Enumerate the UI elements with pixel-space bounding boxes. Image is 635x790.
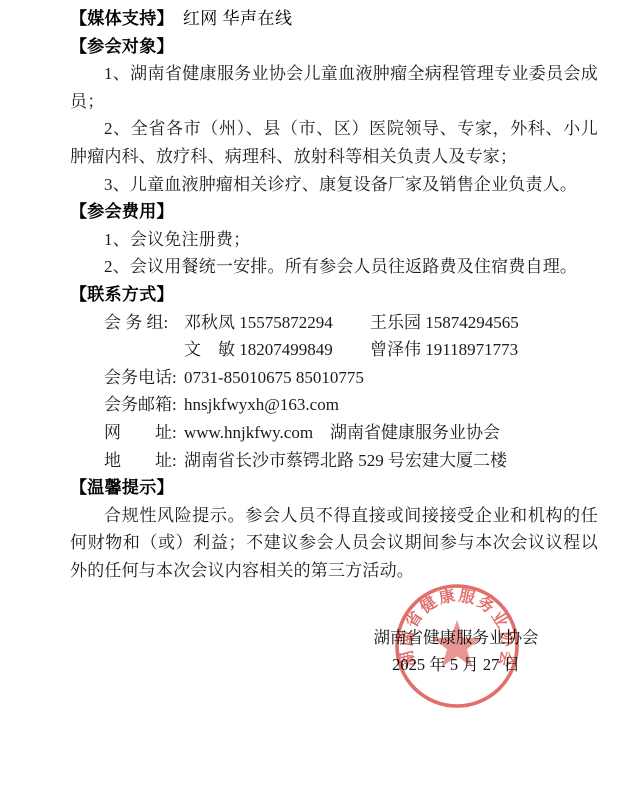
attendees-item-1: 1、湖南省健康服务业协会儿童血液肿瘤全病程管理专业委员会成员；	[70, 60, 598, 115]
contact-address: 湖南省长沙市蔡锷北路 529 号宏建大厦二楼	[184, 447, 370, 475]
contact-person-phone: 邓秋凤 15575872294	[184, 309, 370, 337]
attendees-heading: 【参会对象】	[70, 33, 598, 61]
contact-label: 地 址:	[104, 447, 184, 475]
contact-person-phone: 文 敏 18207499849	[184, 336, 370, 364]
attendees-item-2: 2、全省各市（州）、县（市、区）医院领导、专家，外科、小儿肿瘤内科、放疗科、病理…	[70, 115, 598, 170]
contact-website: www.hnjkfwy.com 湖南省健康服务业协会	[184, 419, 370, 447]
contact-label: 会务电话:	[104, 364, 184, 392]
media-support-names: 红网 华声在线	[183, 9, 293, 28]
contact-person-phone: 王乐园 15874294565	[370, 309, 519, 337]
notice-heading: 【温馨提示】	[70, 474, 598, 502]
fees-heading: 【参会费用】	[70, 198, 598, 226]
fees-item-2: 2、会议用餐统一安排。所有参会人员往返路费及住宿费自理。	[70, 253, 598, 281]
document-page: 【媒体支持】红网 华声在线 【参会对象】 1、湖南省健康服务业协会儿童血液肿瘤全…	[0, 0, 635, 790]
contact-row-phone: 会务电话: 0731-85010675 85010775	[104, 364, 598, 392]
official-seal-stamp-icon: 湖南省健康服务业协会	[389, 578, 527, 716]
contact-label	[104, 336, 184, 364]
contact-label: 网 址:	[104, 419, 184, 447]
contact-person-phone: 曾泽伟 19118971773	[370, 336, 518, 364]
section-media-support: 【媒体支持】红网 华声在线	[70, 5, 598, 33]
contact-phone-numbers: 0731-85010675 85010775	[184, 364, 370, 392]
notice-body: 合规性风险提示。参会人员不得直接或间接接受企业和机构的任何财物和（或）利益；不建…	[70, 502, 598, 585]
contact-label: 会 务 组:	[104, 309, 184, 337]
contact-row-email: 会务邮箱: hnsjkfwyxh@163.com	[104, 391, 598, 419]
contact-label: 会务邮箱:	[104, 391, 184, 419]
contact-row-team: 会 务 组: 邓秋凤 15575872294 王乐园 15874294565	[104, 309, 598, 337]
attendees-item-3: 3、儿童血液肿瘤相关诊疗、康复设备厂家及销售企业负责人。	[70, 171, 598, 199]
contact-row-team-2: 文 敏 18207499849 曾泽伟 19118971773	[104, 336, 598, 364]
contact-row-website: 网 址: www.hnjkfwy.com 湖南省健康服务业协会	[104, 419, 598, 447]
contact-heading: 【联系方式】	[70, 281, 598, 309]
media-support-heading: 【媒体支持】	[70, 9, 174, 28]
document-body: 【媒体支持】红网 华声在线 【参会对象】 1、湖南省健康服务业协会儿童血液肿瘤全…	[70, 0, 598, 584]
contact-row-address: 地 址: 湖南省长沙市蔡锷北路 529 号宏建大厦二楼	[104, 447, 598, 475]
seal-star-icon	[432, 620, 481, 667]
fees-item-1: 1、会议免注册费；	[70, 226, 598, 254]
contact-email: hnsjkfwyxh@163.com	[184, 391, 370, 419]
